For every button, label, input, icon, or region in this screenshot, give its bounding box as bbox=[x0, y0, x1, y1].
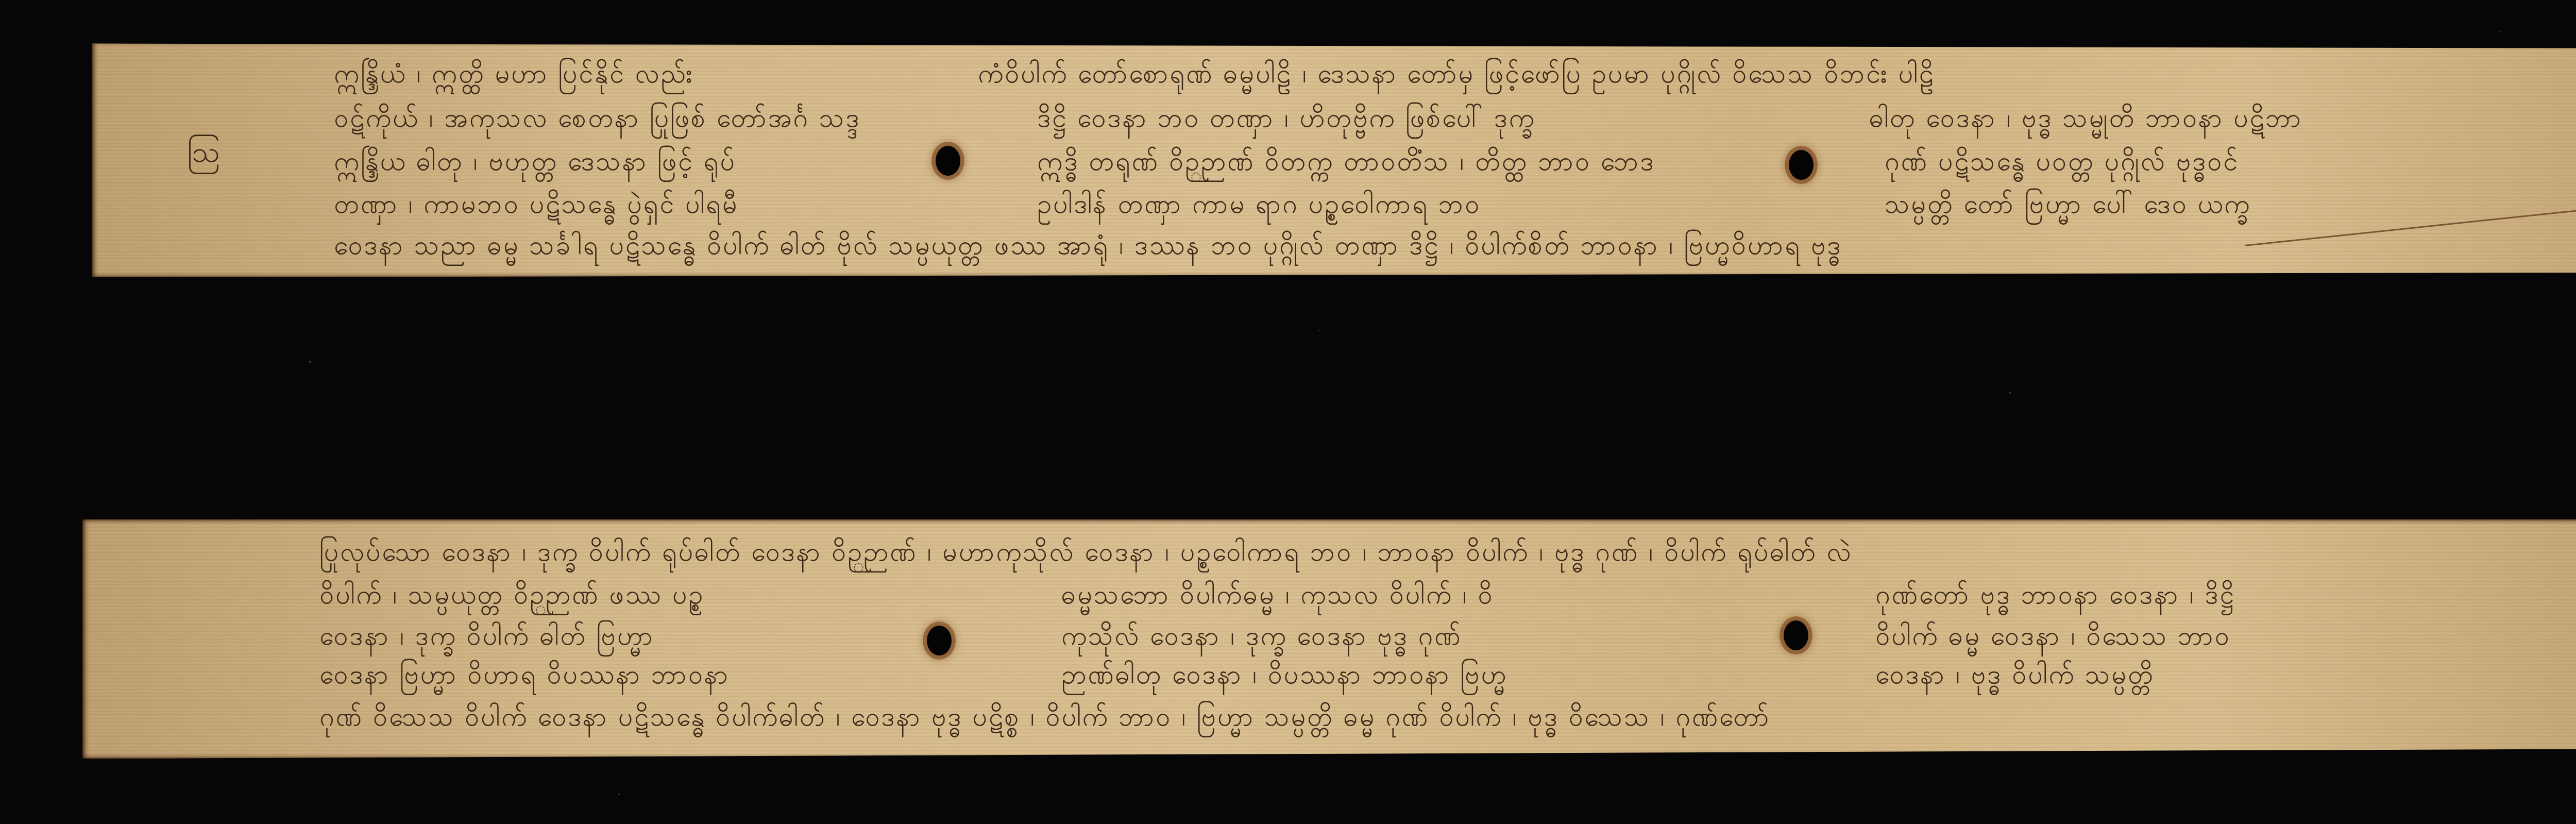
text-line: ဥပါဒါန် တဏှာ ကာမ ရာဂ ပဉ္စဝေါကာရ ဘဝ bbox=[1037, 188, 1481, 226]
text-line: ဝေဒနာ ၊ ဒုက္ခ ဝိပါက် ဓါတ် ဗြဟ္မာ bbox=[319, 620, 654, 658]
leaf-crack bbox=[2245, 205, 2576, 246]
dust-speck bbox=[309, 361, 311, 363]
palm-leaf-top: ဩ ဣန္ဒြိယံ ၊ ဣတ္ထိ မဟာ ပြင်နိုင် လည်း ကံ… bbox=[92, 41, 2576, 277]
text-line: ပြုလုပ်သော ဝေဒနာ ၊ ဒုက္ခ ဝိပါက် ရုပ်ဓါတ်… bbox=[319, 536, 1852, 574]
text-line: ဝိပါက် ဓမ္မ ဝေဒနာ ၊ ဝိသေသ ဘာဝ bbox=[1875, 620, 2231, 658]
text-line: ဝိပါက် ၊ သမ္ပယုတ္တ ဝိဉ္ဉာဏ် ဖဿ ပဉ္စ bbox=[319, 579, 704, 616]
text-line: ဝေဒနာ သညာ ဓမ္မ သင်္ခါရ ပဋိသန္ဓေ ဝိပါက် ဓ… bbox=[334, 229, 1842, 267]
binding-hole bbox=[1789, 150, 1814, 180]
text-line: ဝေဒနာ ဗြဟ္မာ ဝိဟာရ ဝိပဿနာ ဘာဝနာ bbox=[319, 659, 730, 696]
text-line: ဒိဋ္ဌိ ဝေဒနာ ဘဝ တဏှာ ၊ ဟိတုဗ္ဗိက ဖြစ်ပေါ… bbox=[1037, 102, 1535, 140]
text-line: သမ္ပတ္တိ တော် ဗြဟ္မာ ပေါ် ဒေဝ ယက္ခ bbox=[1885, 188, 2251, 226]
dust-speck bbox=[1319, 330, 1320, 331]
folio-mark: ဩ bbox=[187, 134, 220, 176]
dust-speck bbox=[618, 794, 620, 795]
palm-leaf-bottom: ပြုလုပ်သော ဝေဒနာ ၊ ဒုက္ခ ဝိပါက် ရုပ်ဓါတ်… bbox=[82, 519, 2576, 759]
text-line: ဂုဏ် ပဋိသန္ဓေ ပဝတ္တ ပုဂ္ဂိုလ် ဗုဒ္ဓဝင် bbox=[1885, 145, 2239, 183]
binding-hole bbox=[936, 146, 960, 176]
text-line: ဣန္ဒြိယံ ၊ ဣတ္ထိ မဟာ ပြင်နိုင် လည်း bbox=[334, 58, 693, 95]
text-line: ဣန္ဒြိယ ဓါတု ၊ ဗဟုတ္တ ဒေသနာ ဖြင့် ရုပ် bbox=[334, 145, 736, 183]
text-line: ဓါတု ဝေဒနာ ၊ ဗုဒ္ဓ သမ္မုတိ ဘာဝနာ ပဋိဘာ bbox=[1869, 102, 2302, 140]
text-line: ဝေဒနာ ၊ ဗုဒ္ဓ ဝိပါက် သမ္ပတ္တိ bbox=[1875, 659, 2155, 696]
text-line: ဂုဏ် ဝိသေသ ဝိပါက် ဝေဒနာ ပဋိသန္ဓေ ဝိပါက်ဓ… bbox=[319, 701, 1771, 738]
text-line: ဝဋ်ကိုယ် ၊ အကုသလ စေတနာ ပြုဖြစ် တော်အင်္ဂ… bbox=[334, 102, 860, 140]
dust-speck bbox=[2009, 392, 2011, 394]
binding-hole bbox=[927, 626, 952, 655]
text-line: ကုသိုလ် ဝေဒနာ ၊ ဒုက္ခ ဝေဒနာ ဗုဒ္ဓ ဂုဏ် bbox=[1061, 620, 1462, 658]
binding-hole bbox=[1784, 620, 1808, 650]
text-line: ဉာဏ်ဓါတု ဝေဒနာ ၊ ဝိပဿနာ ဘာဝနာ ဗြဟ္မ bbox=[1061, 659, 1507, 696]
text-line: ဓမ္မသဘော ဝိပါက်ဓမ္မ ၊ ကုသလ ဝိပါက် ၊ ဝိ bbox=[1061, 579, 1494, 616]
text-line: တဏှာ ၊ ကာမဘဝ ပဋိသန္ဓေ ပွဲရှင် ပါရမီ bbox=[334, 188, 738, 226]
text-line: ဂုဏ်တော် ဗုဒ္ဓ ဘာဝနာ ဝေဒနာ ၊ ဒိဋ္ဌိ bbox=[1875, 579, 2235, 616]
text-line: ဣဒ္ဓိ တရုဏ် ဝိဉ္ဉာဏ် ဝိတက္က တာဝတိံသ ၊ တိ… bbox=[1037, 145, 1655, 183]
text-line: ကံဝိပါက် တော်စောရုဏ် ဓမ္မပါဠိ ၊ ဒေသနာ တေ… bbox=[978, 58, 1935, 95]
dust-speck bbox=[2499, 31, 2500, 32]
